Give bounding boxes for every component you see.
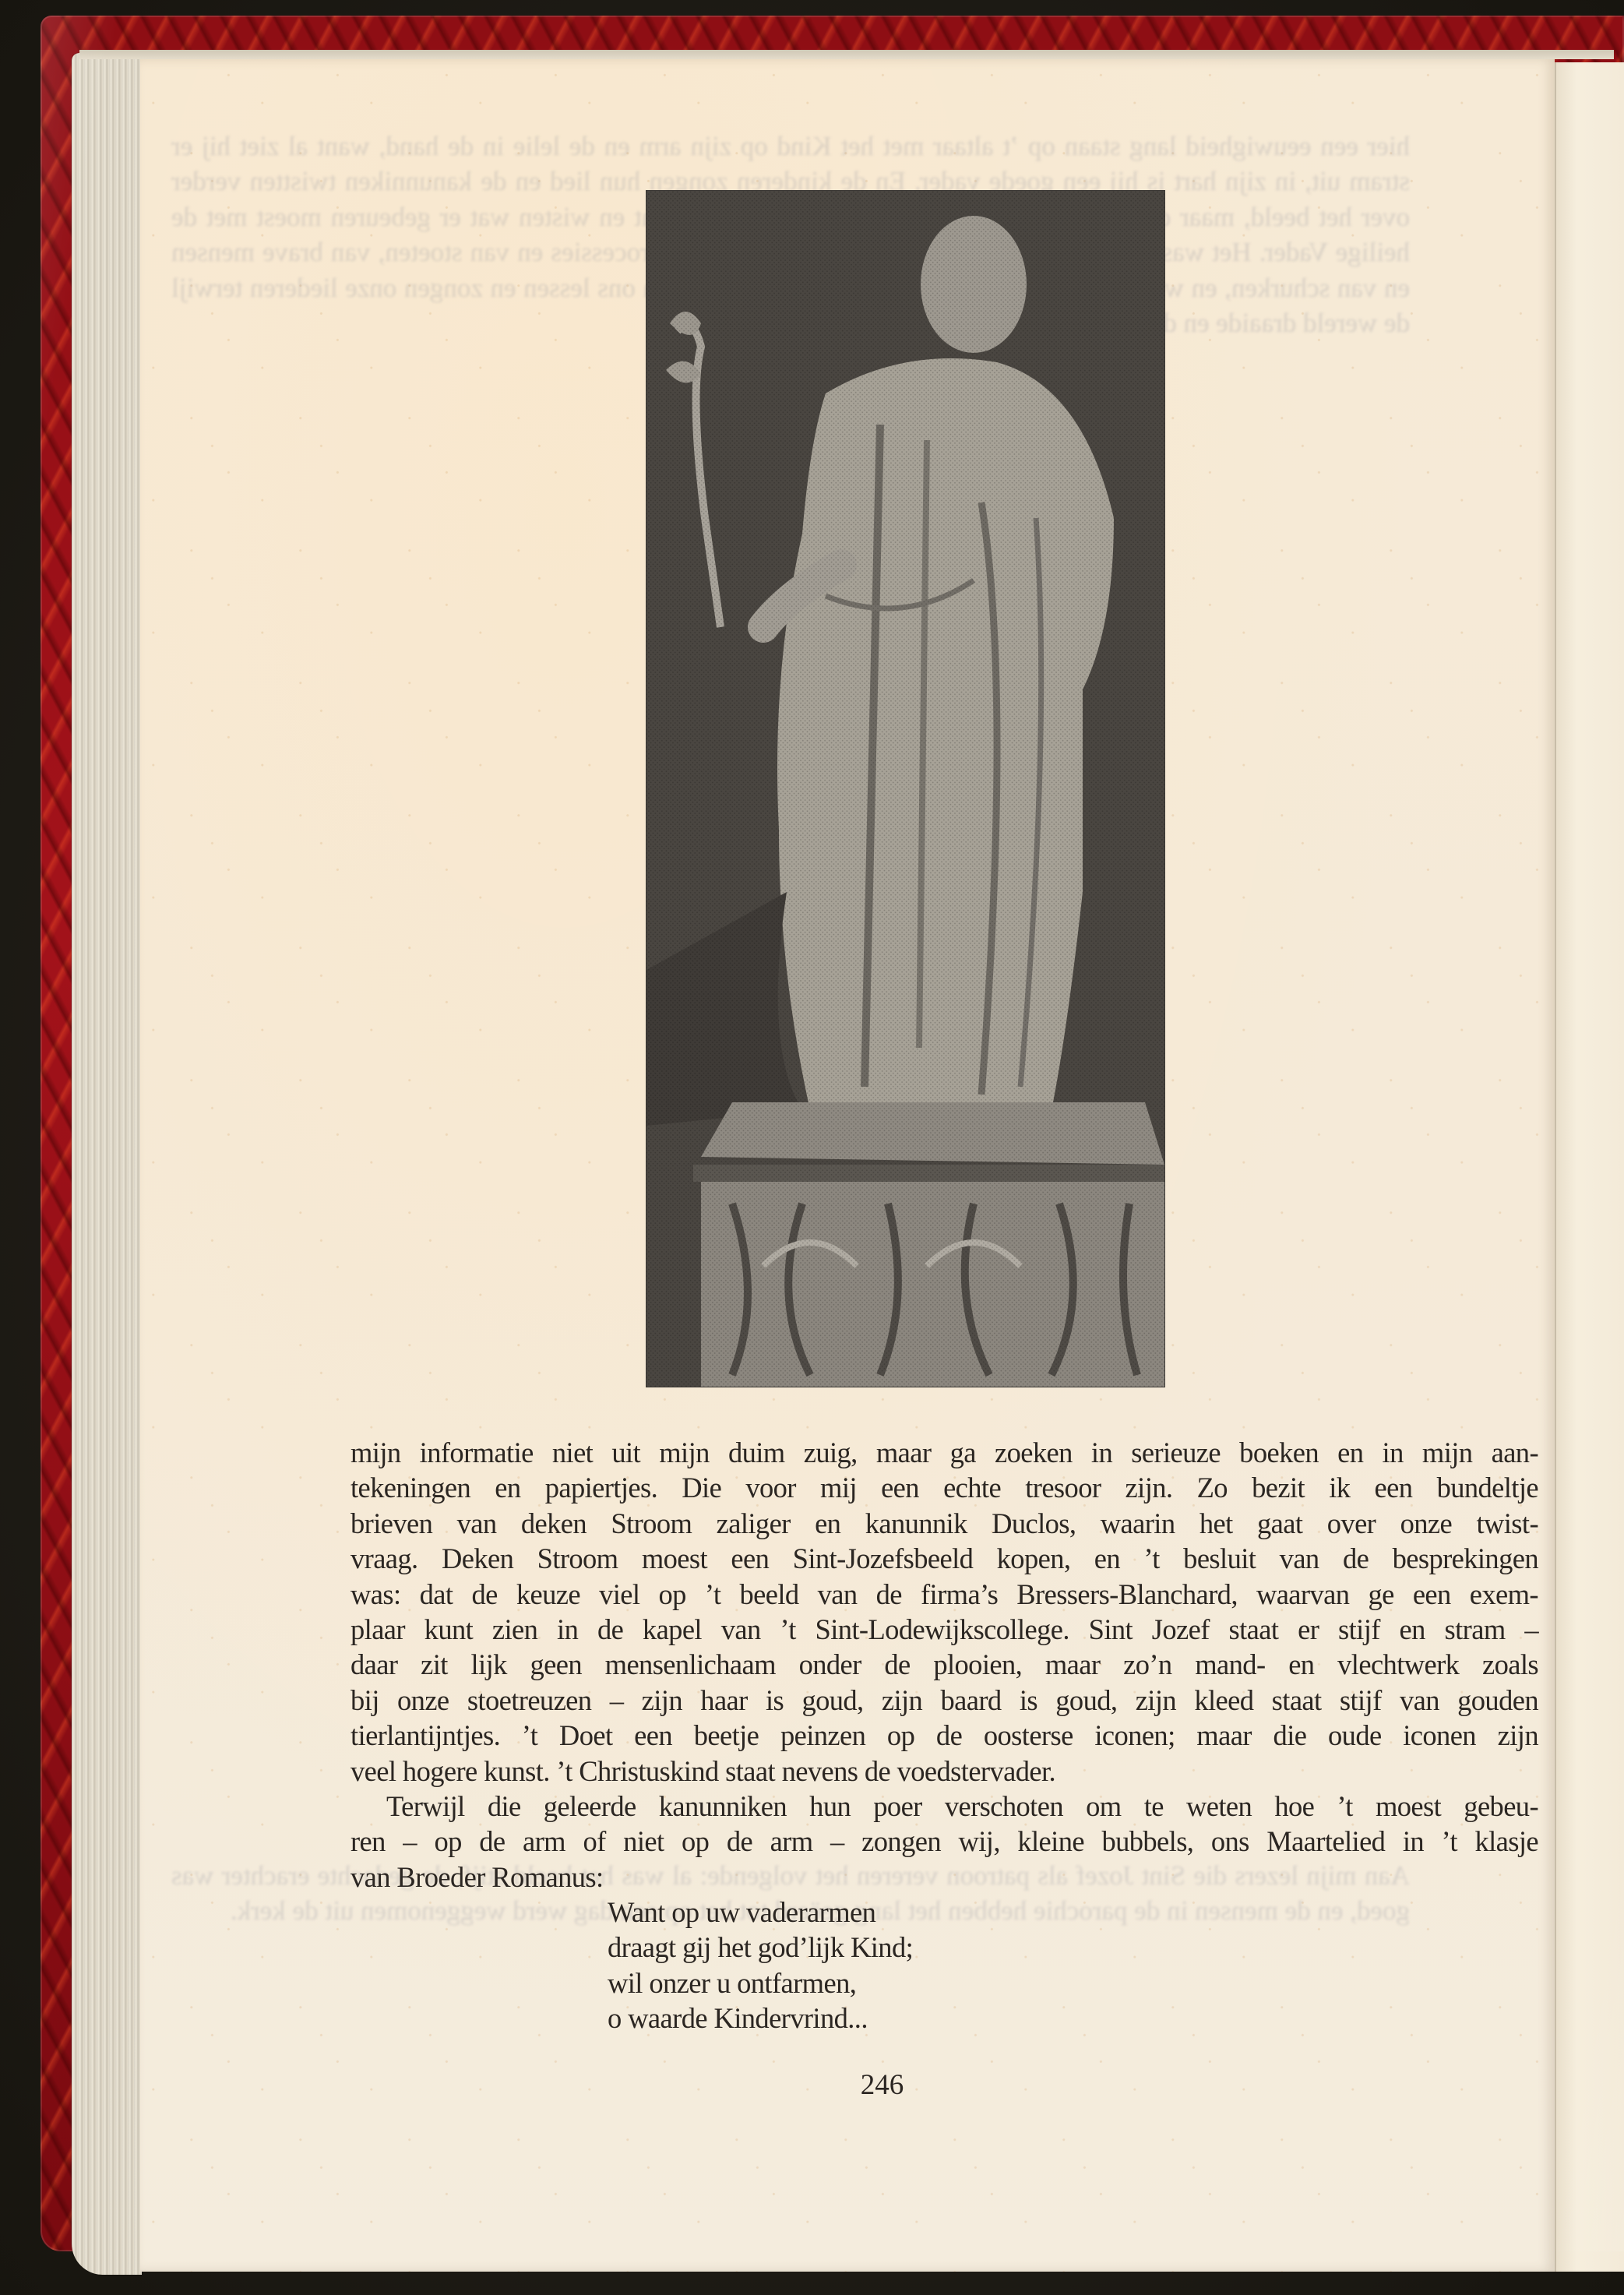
text-line: vraag. Deken Stroom moest een Sint-Jozef… [351,1541,1538,1576]
text-line: mijn informatie niet uit mijn duim zuig,… [351,1435,1538,1470]
verse-line: wil onzer u ontfarmen, [351,1965,1538,2001]
text-line: veel hogere kunst. ’t Christuskind staat… [351,1754,1538,1789]
body-text: mijn informatie niet uit mijn duim zuig,… [351,1435,1538,2036]
facing-page-edge [1555,62,1624,2272]
verse-line: Want op uw vaderarmen [351,1895,1538,1930]
verse-line: draagt gij het god’lijk Kind; [351,1930,1538,1965]
text-line: daar zit lijk geen mensenlichaam onder d… [351,1647,1538,1682]
text-line: tierlantijntjes. ’t Doet een beetje pein… [351,1718,1538,1753]
text-line: van Broeder Romanus: [351,1860,1538,1895]
text-line: tekeningen en papiertjes. Die voor mij e… [351,1470,1538,1505]
text-line: was: dat de keuze viel op ’t beeld van d… [351,1577,1538,1612]
text-line: plaar kunt zien in de kapel van ’t Sint-… [351,1612,1538,1647]
text-line: brieven van deken Stroom zaliger en kanu… [351,1506,1538,1541]
photo-background: hier een eeuwigheid lang staan op ’t alt… [0,0,1624,2295]
page-edges-stack [72,53,142,2275]
text-line: ren – op de arm of niet op de arm – zong… [351,1824,1538,1859]
page-top-edge [79,50,1614,59]
text-line: bij onze stoetreuzen – zijn haar is goud… [351,1683,1538,1718]
verse-line: o waarde Kindervrind... [351,2001,1538,2036]
text-line: Terwijl die geleerde kanunniken hun poer… [351,1789,1538,1824]
statue-photograph [646,191,1164,1387]
statue-figure-illustration [646,191,1164,1387]
page-number: 246 [0,2068,1624,2102]
